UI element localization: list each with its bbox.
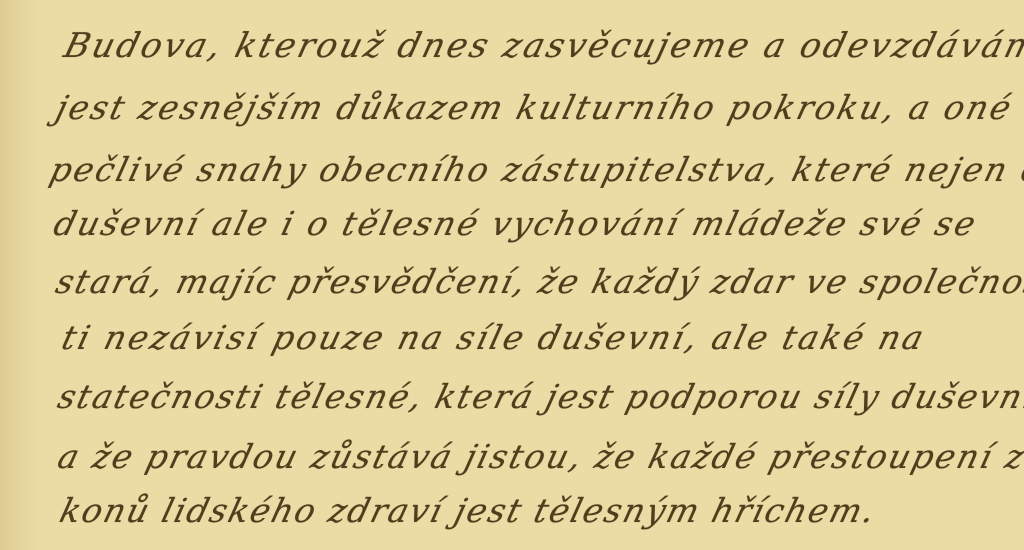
manuscript-line-1: Budova, kterouž dnes zasvěcujeme a odevz…	[60, 26, 1024, 66]
manuscript-line-7: statečnosti tělesné, která jest podporou…	[54, 377, 1024, 416]
manuscript-line-5: stará, majíc přesvědčení, že každý zdar …	[52, 262, 1024, 301]
manuscript-line-3: pečlivé snahy obecního zástupitelstva, k…	[46, 150, 1024, 189]
manuscript-line-2: jest zesnějším důkazem kulturního pokrok…	[52, 88, 1017, 127]
manuscript-line-8: a že pravdou zůstává jistou, že každé př…	[54, 437, 1024, 476]
manuscript-line-9: konů lidského zdraví jest tělesným hřích…	[56, 491, 881, 530]
manuscript-line-4: duševní ale i o tělesné vychování mládež…	[50, 204, 982, 243]
handwritten-text-block: Budova, kterouž dnes zasvěcujeme a odevz…	[0, 0, 1024, 550]
manuscript-line-6: ti nezávisí pouze na síle duševní, ale t…	[58, 318, 930, 357]
manuscript-page: Budova, kterouž dnes zasvěcujeme a odevz…	[0, 0, 1024, 550]
